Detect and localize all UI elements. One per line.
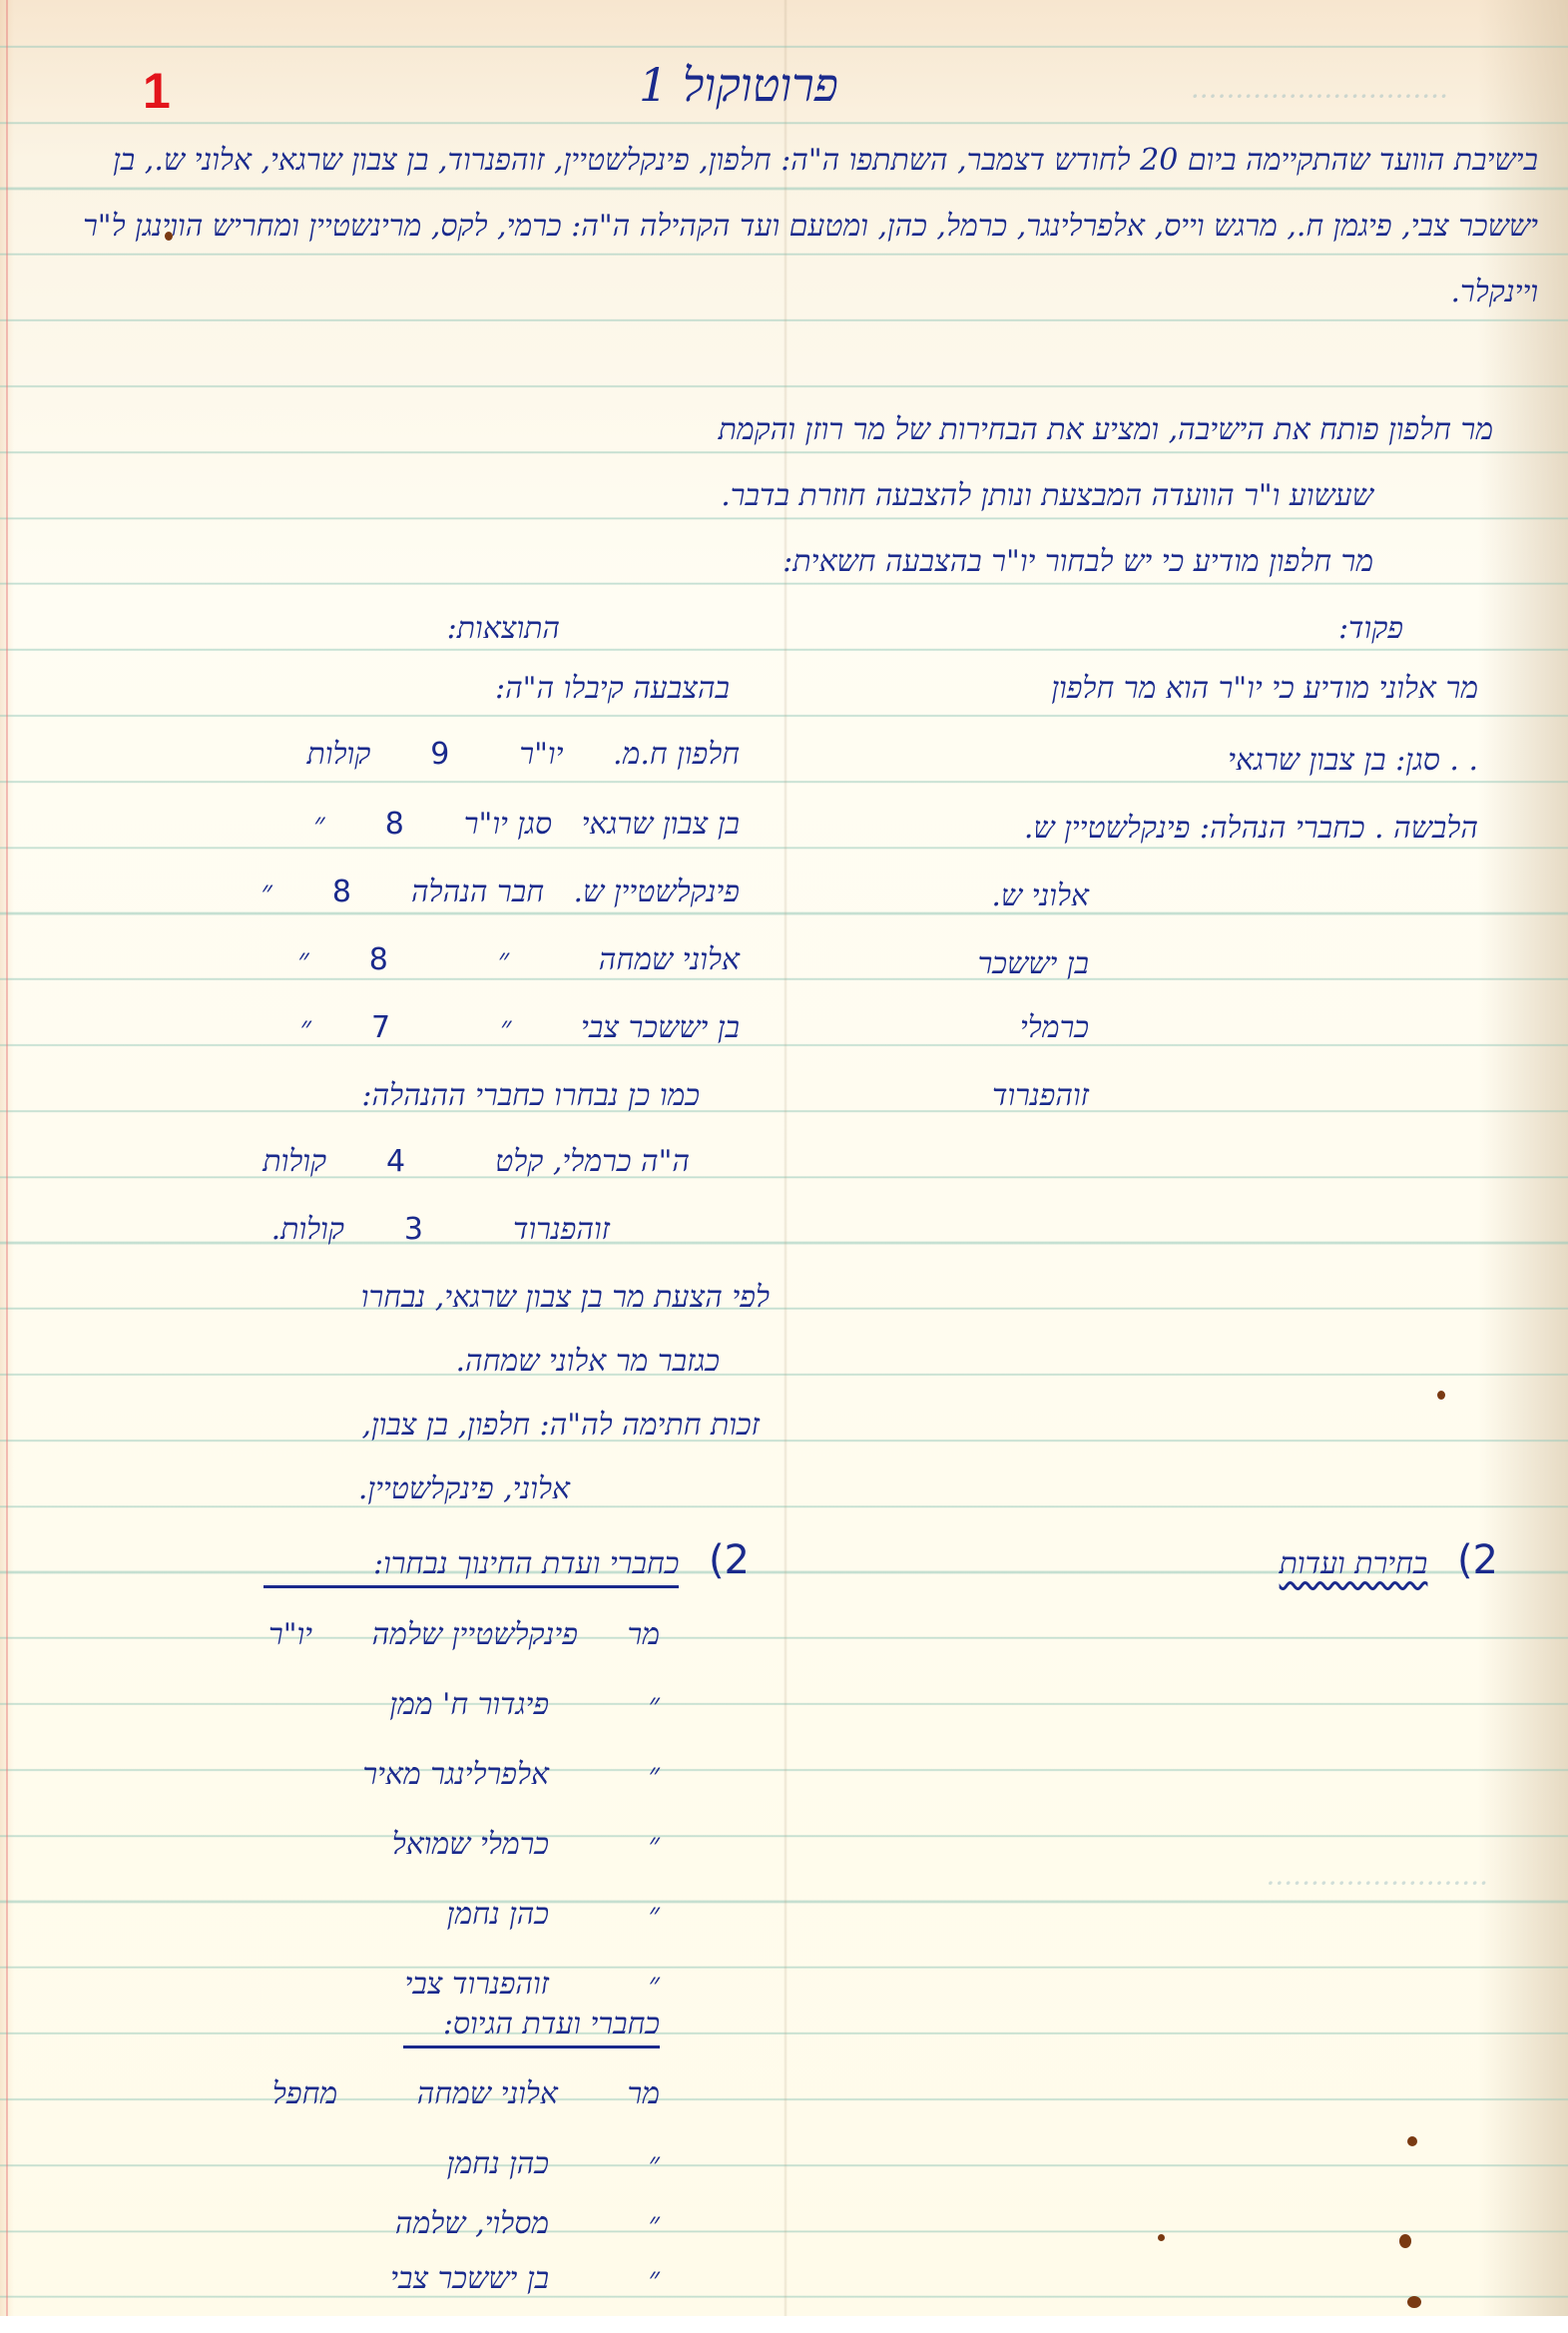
- vote-unit: ״: [261, 875, 271, 909]
- committee-member-row: מר פינקלשטיין שלמה יו"ר: [268, 1617, 660, 1652]
- vote-unit: ״: [313, 807, 324, 842]
- vote-count: 8: [348, 942, 408, 977]
- results-heading: התוצאות:: [447, 611, 560, 646]
- closing-line: זכות חתימה לה"ה: חלפון, בן צבון,: [361, 1408, 760, 1443]
- vote-unit: קולות: [307, 737, 371, 772]
- vote-row: פינקלשטיין ש. חבר הנהלה 8 ״: [261, 875, 740, 909]
- right-column-line: . . סגן: בן צבון שרגאי: [1228, 743, 1478, 778]
- candidate-name: בן יששכר צבי: [581, 1010, 740, 1045]
- vote-count: 3: [383, 1212, 443, 1247]
- candidate-name: אלוני שמחה: [599, 942, 740, 977]
- right-column-line: מר אלוני מודיע כי יו"ר הוא מר חלפון: [1051, 671, 1478, 706]
- margin-line: [6, 0, 8, 2316]
- committee-member-row: ״ כהן נחמן: [447, 2146, 660, 2181]
- candidate-name: חלפון ח.מ.: [613, 737, 740, 772]
- right-column-line: כרמלי: [1020, 1010, 1089, 1045]
- member-name: אלוני שמחה: [417, 2076, 558, 2111]
- intro-paragraph: בישיבת הוועד שהתקיימה ביום 20 לחודש דצמב…: [41, 128, 1538, 325]
- vote-row: אלוני שמחה ״ 8 ״: [297, 942, 740, 977]
- member-name: כרמלי שמואל: [392, 1827, 549, 1862]
- paragraph-line: שעשוע ו"ר הוועדה המבצעת ונותן להצבעה חוז…: [46, 463, 1373, 529]
- additional-vote-row: ה"ה כרמלי, קלט 4 קולות: [262, 1144, 690, 1179]
- member-name: זוהפנרוד צבי: [404, 1967, 549, 2002]
- paragraph-line: מר חלפון פותח את הישיבה, ומציע את הבחירו…: [46, 397, 1493, 463]
- rust-stain: [1407, 2136, 1417, 2146]
- member-prefix: ״: [649, 1897, 660, 1932]
- candidate-role: סגן יו"ר: [464, 807, 552, 842]
- committee-member-row: ״ אלפרלינגר מאיר: [362, 1757, 660, 1792]
- bleed-through-text: ·························: [1266, 1867, 1488, 1900]
- closing-line: כגזבר מר אלוני שמחה.: [456, 1344, 720, 1379]
- candidate-role: ״: [498, 942, 509, 977]
- vote-row: בן יששכר צבי ״ 7 ״: [300, 1010, 740, 1045]
- member-name: אלפרלינגר מאיר: [362, 1757, 549, 1792]
- section-title: בחירת ועדות: [1280, 1546, 1428, 1581]
- candidate-name: ה"ה כרמלי, קלט: [495, 1144, 690, 1179]
- member-prefix: ״: [649, 2146, 660, 2181]
- additional-vote-row: זוהפנרוד 3 קולות.: [271, 1212, 690, 1247]
- vote-row: בן צבון שרגאי סגן יו"ר 8 ״: [313, 807, 740, 842]
- rust-stain: [1399, 2234, 1411, 2248]
- committee-member-row: ״ כרמלי שמואל: [392, 1827, 660, 1862]
- closing-line: אלוני, פינקלשטיין.: [358, 1471, 570, 1506]
- section-committees-heading: 2) בחירת ועדות: [1280, 1537, 1498, 1583]
- vote-count: 9: [410, 737, 470, 772]
- scan-border: [0, 2316, 1568, 2333]
- vote-unit: ״: [297, 942, 308, 977]
- right-column-line: בן יששכר: [978, 946, 1089, 981]
- right-column-line: זוהפנרוד: [992, 1078, 1089, 1113]
- title-text: פרוטוקול 1: [639, 58, 838, 112]
- candidate-role: חבר הנהלה: [411, 875, 544, 909]
- member-role: יו"ר: [268, 1617, 312, 1652]
- member-name: פינקלשטיין שלמה: [372, 1617, 578, 1652]
- member-prefix: ״: [649, 1967, 660, 2002]
- member-prefix: ״: [649, 1687, 660, 1722]
- member-name: פיגדור ח' ממן: [389, 1687, 549, 1722]
- right-column-line: אלוני ש.: [991, 878, 1089, 913]
- ink-stain: [165, 232, 173, 241]
- votes-heading: בהצבעה קיבלו ה"ה:: [495, 671, 730, 706]
- opening-paragraph: מר חלפון פותח את הישיבה, ומציע את הבחירו…: [46, 397, 1493, 595]
- committee-member-row: ״ פיגדור ח' ממן: [389, 1687, 660, 1722]
- committee-member-row: מר אלוני שמחה מחפל: [272, 2076, 660, 2111]
- vote-count: 8: [364, 807, 424, 842]
- center-fold: [784, 0, 787, 2316]
- section-title: כחברי ועדת הגיוס:: [403, 2007, 660, 2048]
- vote-row: חלפון ח.מ. יו"ר 9 קולות: [307, 737, 740, 772]
- vote-count: 8: [311, 875, 371, 909]
- member-name: כהן נחמן: [447, 1897, 549, 1932]
- bleed-through-text: ·····························: [1191, 80, 1448, 113]
- rust-stain: [1407, 2296, 1421, 2308]
- vote-unit: קולות.: [271, 1212, 344, 1247]
- vote-unit: ״: [300, 1010, 311, 1045]
- member-name: כהן נחמן: [447, 2146, 549, 2181]
- candidate-name: זוהפנרוד: [513, 1212, 610, 1247]
- member-prefix: מר: [627, 2076, 660, 2111]
- right-column-line: הלבשה . כחברי הנהלה: פינקלשטיין ש.: [1024, 811, 1478, 846]
- recruitment-committee-heading: כחברי ועדת הגיוס:: [403, 2007, 660, 2041]
- closing-line: לפי הצעת מר בן צבון שרגאי, נבחרו: [361, 1280, 770, 1315]
- rust-stain: [1158, 2234, 1165, 2241]
- education-committee-heading: 2) כחברי ועדת החינוך נבחרו:: [263, 1537, 750, 1583]
- ink-stain: [1437, 1391, 1445, 1400]
- member-name: בן יששכר צבי: [390, 2261, 549, 2296]
- candidate-name: בן צבון שרגאי: [582, 807, 740, 842]
- page-number: 1: [143, 62, 171, 120]
- vote-unit: קולות: [262, 1144, 326, 1179]
- member-role: מחפל: [272, 2076, 337, 2111]
- candidate-role: ״: [500, 1010, 511, 1045]
- committee-member-row: ״ מסלוי, שלמה: [395, 2206, 660, 2241]
- document-title: פרוטוקול 1: [639, 58, 838, 112]
- additional-heading: כמו כן נבחרו כחברי ההנהלה:: [361, 1078, 700, 1113]
- vote-count: 7: [351, 1010, 411, 1045]
- candidate-name: פינקלשטיין ש.: [574, 875, 740, 909]
- committee-member-row: ״ כהן נחמן: [447, 1897, 660, 1932]
- member-prefix: ״: [649, 1757, 660, 1792]
- right-column-heading: פקוד:: [1338, 611, 1403, 646]
- member-prefix: מר: [627, 1617, 660, 1652]
- section-number: 2): [709, 1537, 750, 1583]
- candidate-role: יו"ר: [519, 737, 563, 772]
- committee-member-row: ״ בן יששכר צבי: [390, 2261, 660, 2296]
- member-prefix: ״: [649, 2261, 660, 2296]
- committee-member-row: ״ זוהפנרוד צבי: [404, 1967, 660, 2002]
- section-number: 2): [1457, 1537, 1498, 1583]
- member-prefix: ״: [649, 1827, 660, 1862]
- vote-count: 4: [366, 1144, 426, 1179]
- paragraph-line: מר חלפון מודיע כי יש לבחור יו"ר בהצבעה ח…: [46, 529, 1373, 595]
- scanned-notebook-page: ····························· ··········…: [0, 0, 1568, 2316]
- member-name: מסלוי, שלמה: [395, 2206, 549, 2241]
- member-prefix: ״: [649, 2206, 660, 2241]
- section-title: כחברי ועדת החינוך נבחרו:: [263, 1546, 679, 1588]
